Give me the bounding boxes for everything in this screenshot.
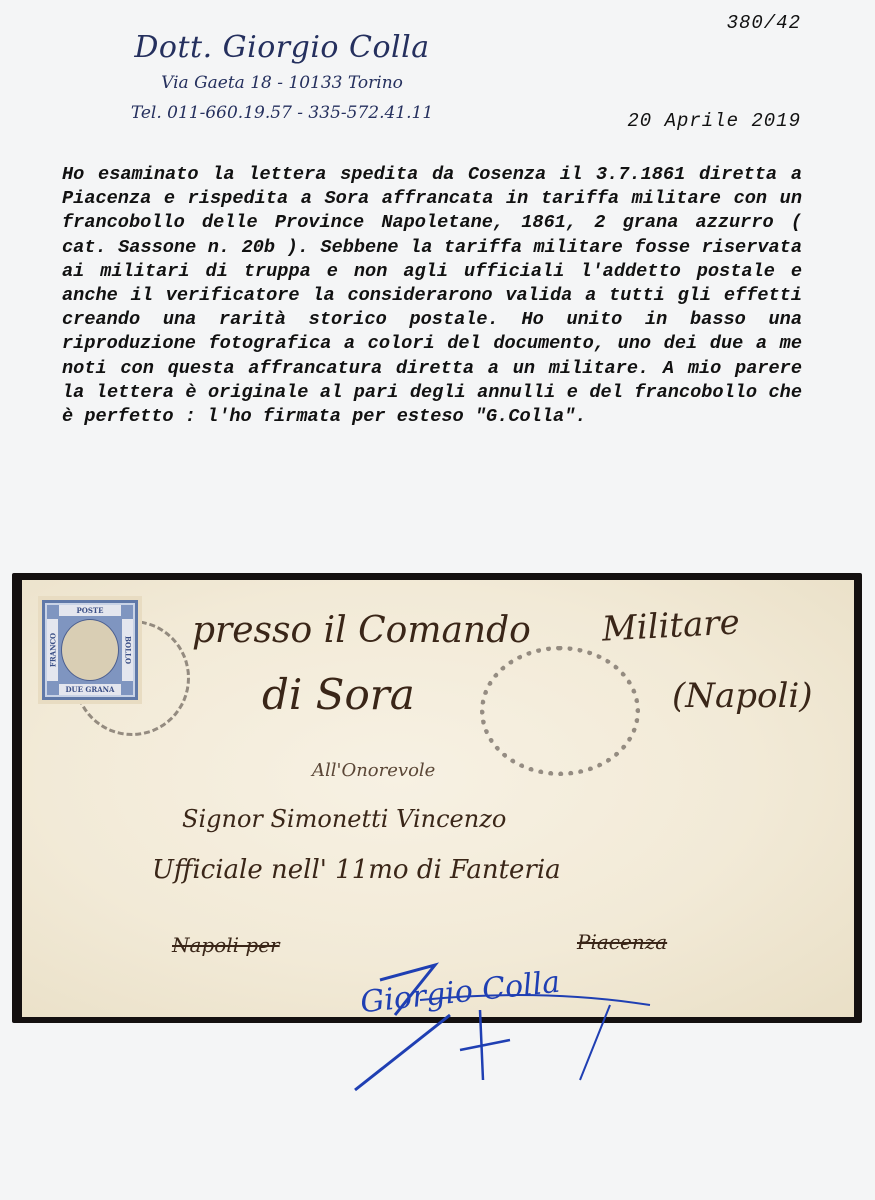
address-line-4: Signor Simonetti Vincenzo: [182, 805, 506, 833]
address-line-5: Ufficiale nell' 11mo di Fanteria: [152, 855, 561, 885]
expert-address: Via Gaeta 18 - 10133 Torino: [112, 68, 452, 98]
postmark-center: [480, 646, 640, 776]
stamp-bottom-label: DUE GRANA: [59, 684, 121, 695]
expert-phone: Tel. 011-660.19.57 - 335-572.41.11: [112, 98, 452, 128]
certificate-body: Ho esaminato la lettera spedita da Cosen…: [62, 163, 802, 429]
stamp-top-label: POSTE: [59, 605, 121, 616]
struck-text-right: Piacenza: [577, 930, 667, 954]
expert-name: Dott. Giorgio Colla: [112, 28, 452, 68]
struck-text-left: Napoli per: [172, 933, 280, 957]
postage-stamp: POSTE DUE GRANA FRANCO BOLLO: [38, 596, 142, 704]
address-line-2a: di Sora: [262, 670, 415, 719]
letterhead: Dott. Giorgio Colla Via Gaeta 18 - 10133…: [112, 28, 452, 128]
address-line-3: All'Onorevole: [312, 760, 435, 781]
stamp-right-label: BOLLO: [123, 636, 132, 664]
cover-photo: POSTE DUE GRANA FRANCO BOLLO presso il C…: [22, 580, 854, 1017]
stamp-portrait-oval: [61, 619, 119, 681]
address-line-1a: presso il Comando: [192, 610, 531, 651]
certificate-body-text: Ho esaminato la lettera spedita da Cosen…: [62, 163, 802, 429]
address-line-1b: Militare: [601, 602, 741, 649]
certificate-number: 380/42: [727, 12, 801, 34]
certificate-date: 20 Aprile 2019: [627, 110, 801, 132]
stamp-left-label: FRANCO: [48, 633, 57, 667]
address-line-2b: (Napoli): [672, 676, 813, 716]
